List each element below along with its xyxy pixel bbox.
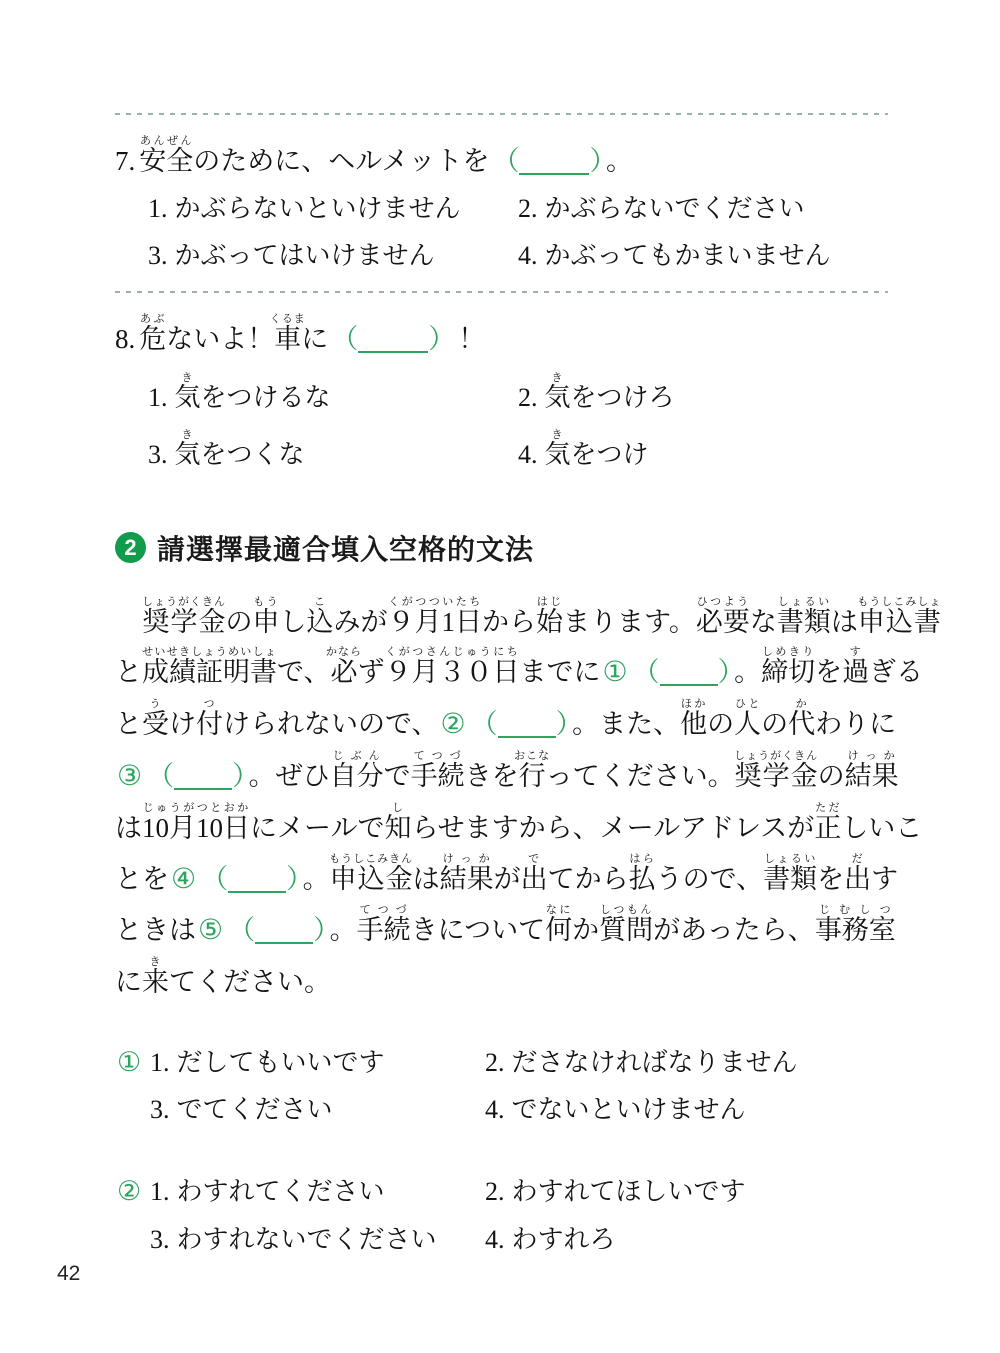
- question-8-options: 1.気きをつけるな 2.気きをつけろ 3.気きをつくな 4.気きをつけ: [148, 372, 888, 470]
- option-3: 3.でてください: [150, 1094, 485, 1125]
- option-number: 2.: [518, 383, 538, 412]
- page-number: 42: [57, 1262, 80, 1286]
- ruby-annotated-word: 奨学金しょうがくきん: [735, 761, 818, 791]
- passage-line: は10月10日じゅうがつとおかにメールで知しらせますから、メールアドレスが正ただ…: [115, 802, 888, 846]
- ruby-annotated-word: 人ひと: [734, 709, 761, 739]
- ruby-annotated-word: 込こ: [307, 607, 334, 637]
- sub-question-1-label: ①: [115, 1046, 150, 1078]
- ruby-annotated-word: 申もう: [253, 607, 280, 637]
- ruby-annotated-word: 書類しょるい: [777, 607, 831, 637]
- option-number: 4.: [485, 1225, 505, 1254]
- option-text: わすれてください: [177, 1177, 385, 1206]
- ruby-annotated-word: 知し: [384, 813, 411, 843]
- ruby-annotated-word: 自分じぶん: [330, 761, 384, 791]
- circled-number: ③: [115, 761, 144, 792]
- option-1: 1.かぶらないといけません: [148, 193, 518, 224]
- option-text: わすれないでください: [177, 1225, 437, 1254]
- option-text: わすれろ: [512, 1225, 616, 1254]
- ruby-annotated-word: 手続てつづ: [357, 915, 411, 945]
- ruby-annotated-word: 危あぶ: [139, 324, 166, 354]
- ruby-annotated-word: 代か: [788, 709, 815, 739]
- passage-line: 奨学金しょうがくきんの申もうし込こみが９月1日くがつついたちから始はじまります。…: [115, 596, 888, 640]
- option-1: 1.気きをつけるな: [148, 372, 518, 413]
- section-2-badge: 2: [115, 532, 146, 563]
- answer-blank: （）: [228, 915, 327, 945]
- passage-line: ときは⑤（）。手続てつづきについて何なにか質問しつもんがあったら、事務室じむしつ: [115, 904, 888, 949]
- question-7-text: 安全あんぜんのために、ヘルメットを（）。: [139, 146, 633, 176]
- ruby-annotated-word: 出だ: [844, 864, 871, 894]
- option-3: 3.かぶってはいけません: [148, 240, 518, 271]
- ruby-annotated-word: 手続てつづ: [411, 761, 465, 791]
- ruby-annotated-word: 締切しめきり: [761, 657, 815, 687]
- answer-blank: （）: [471, 709, 570, 739]
- ruby-annotated-word: 10月10日じゅうがつとおか: [142, 813, 250, 843]
- ruby-annotated-word: ９月1日くがつついたち: [388, 607, 483, 637]
- option-2: 2.ださなければなりません: [485, 1047, 888, 1078]
- dashed-divider: [115, 113, 888, 115]
- answer-blank: （）: [633, 657, 732, 687]
- ruby-annotated-word: 結果けっか: [440, 864, 494, 894]
- passage-line: に来きてください。: [115, 956, 888, 1000]
- reading-passage: 奨学金しょうがくきんの申もうし込こみが９月1日くがつついたちから始はじまります。…: [115, 596, 888, 1000]
- circled-number: ②: [438, 709, 467, 740]
- ruby-annotated-word: 安全あんぜん: [139, 146, 193, 176]
- passage-line: と受うけ付つけられないので、②（）。また、他ほかの人ひとの代かわりに: [115, 698, 888, 743]
- option-4: 4.かぶってもかまいません: [518, 240, 888, 271]
- option-number: 3.: [150, 1095, 170, 1124]
- ruby-annotated-word: 必要ひつよう: [696, 607, 750, 637]
- option-number: 1.: [150, 1177, 170, 1206]
- ruby-annotated-word: 何なに: [545, 915, 572, 945]
- option-number: 4.: [518, 241, 538, 270]
- option-number: 3.: [150, 1225, 170, 1254]
- passage-line: と成績証明書せいせきしょうめいしょで、必かならず９月３０日くがつさんじゅうにちま…: [115, 646, 888, 691]
- option-text: 気きをつけろ: [545, 383, 675, 412]
- option-number: 2.: [518, 194, 538, 223]
- option-text: かぶらないといけません: [175, 194, 461, 223]
- question-7: 7.安全あんぜんのために、ヘルメットを（）。 1.かぶらないといけません 2.か…: [115, 135, 888, 271]
- option-number: 1.: [148, 194, 168, 223]
- option-text: 気きをつくな: [175, 440, 305, 469]
- option-text: 気きをつけ: [545, 440, 649, 469]
- question-number: 8.: [115, 324, 135, 354]
- ruby-annotated-word: 気き: [545, 383, 571, 412]
- option-2: 2.気きをつけろ: [518, 372, 888, 413]
- answer-blank: （）: [331, 324, 455, 354]
- option-text: かぶらないでください: [545, 194, 805, 223]
- section-2-header: 2 請選擇最適合填入空格的文法: [115, 528, 888, 568]
- question-8-stem: 8.危あぶないよ！車くるまに（）！: [115, 313, 888, 357]
- option-2: 2.かぶらないでください: [518, 193, 888, 224]
- ruby-annotated-word: 気き: [545, 440, 571, 469]
- passage-line: ③（）。ぜひ自分じぶんで手続てつづきを行おこなってください。奨学金しょうがくきん…: [115, 750, 888, 795]
- question-number: 7.: [115, 146, 135, 176]
- question-7-options: 1.かぶらないといけません 2.かぶらないでください 3.かぶってはいけません …: [148, 193, 888, 271]
- ruby-annotated-word: 申込書もうしこみしょ: [858, 607, 942, 637]
- option-text: かぶってもかまいません: [545, 241, 831, 270]
- option-number: 2.: [485, 1048, 505, 1077]
- ruby-annotated-word: 正ただ: [814, 813, 841, 843]
- option-2: 2.わすれてほしいです: [485, 1176, 888, 1207]
- option-text: でてください: [177, 1095, 333, 1124]
- workbook-page: 7.安全あんぜんのために、ヘルメットを（）。 1.かぶらないといけません 2.か…: [0, 113, 1000, 1255]
- ruby-annotated-word: 申込金もうしこみきん: [330, 864, 413, 894]
- passage-line: とを④（）。申込金もうしこみきんは結果けっかが出でてから払はらうので、書類しょる…: [115, 853, 888, 898]
- option-number: 3.: [148, 241, 168, 270]
- option-text: だしてもいいです: [177, 1048, 385, 1077]
- ruby-annotated-word: 受う: [142, 709, 169, 739]
- question-8-text: 危あぶないよ！車くるまに（）！: [139, 324, 485, 354]
- answer-blank: （）: [201, 864, 300, 894]
- option-text: でないといけません: [512, 1095, 746, 1124]
- ruby-annotated-word: 他ほか: [680, 709, 707, 739]
- answer-blank: （）: [492, 146, 603, 176]
- circled-number: ①: [600, 657, 629, 688]
- answer-blank: （）: [147, 761, 246, 791]
- option-text: わすれてほしいです: [512, 1177, 746, 1206]
- option-number: 4.: [518, 440, 538, 469]
- option-text: 気きをつけるな: [175, 383, 331, 412]
- ruby-annotated-word: 奨学金しょうがくきん: [142, 607, 226, 637]
- circled-number: ④: [169, 864, 198, 895]
- ruby-annotated-word: 車くるま: [274, 324, 301, 354]
- option-number: 1.: [150, 1048, 170, 1077]
- option-4: 4.わすれろ: [485, 1224, 888, 1255]
- question-8: 8.危あぶないよ！車くるまに（）！ 1.気きをつけるな 2.気きをつけろ 3.気…: [115, 313, 888, 469]
- option-text: かぶってはいけません: [175, 241, 435, 270]
- ruby-annotated-word: 事務室じむしつ: [815, 915, 896, 945]
- section-2-title: 請選擇最適合填入空格的文法: [157, 528, 534, 568]
- ruby-annotated-word: 気き: [175, 440, 201, 469]
- sub-question-2-label: ②: [115, 1175, 150, 1207]
- question-7-stem: 7.安全あんぜんのために、ヘルメットを（）。: [115, 135, 888, 179]
- option-1: 1.だしてもいいです: [150, 1047, 485, 1078]
- ruby-annotated-word: 始はじ: [536, 607, 563, 637]
- option-1: 1.わすれてください: [150, 1176, 485, 1207]
- option-4: 4.でないといけません: [485, 1094, 888, 1125]
- ruby-annotated-word: 書類しょるい: [763, 864, 817, 894]
- ruby-annotated-word: 質問しつもん: [599, 915, 653, 945]
- ruby-annotated-word: 成績証明書せいせきしょうめいしょ: [142, 657, 277, 687]
- ruby-annotated-word: 結果けっか: [845, 761, 899, 791]
- option-number: 3.: [148, 440, 168, 469]
- dashed-divider: [115, 291, 888, 293]
- ruby-annotated-word: 払はら: [629, 864, 656, 894]
- option-4: 4.気きをつけ: [518, 429, 888, 470]
- ruby-annotated-word: 気き: [175, 383, 201, 412]
- sub-question-2: ② 1.わすれてください 2.わすれてほしいです 3.わすれないでください 4.…: [115, 1175, 888, 1255]
- option-3: 3.気きをつくな: [148, 429, 518, 470]
- sub-question-1: ① 1.だしてもいいです 2.ださなければなりません 3.でてください 4.でな…: [115, 1046, 888, 1126]
- option-3: 3.わすれないでください: [150, 1224, 485, 1255]
- ruby-annotated-word: 出で: [521, 864, 548, 894]
- option-number: 4.: [485, 1095, 505, 1124]
- ruby-annotated-word: 行おこな: [519, 761, 546, 791]
- circled-number: ⑤: [196, 915, 225, 946]
- option-number: 1.: [148, 383, 168, 412]
- ruby-annotated-word: 付つ: [196, 709, 223, 739]
- ruby-annotated-word: ９月３０日くがつさんじゅうにち: [384, 657, 519, 687]
- ruby-annotated-word: 必かなら: [330, 657, 357, 687]
- option-number: 2.: [485, 1177, 505, 1206]
- option-text: ださなければなりません: [512, 1048, 798, 1077]
- ruby-annotated-word: 過す: [842, 657, 869, 687]
- ruby-annotated-word: 来き: [142, 967, 169, 997]
